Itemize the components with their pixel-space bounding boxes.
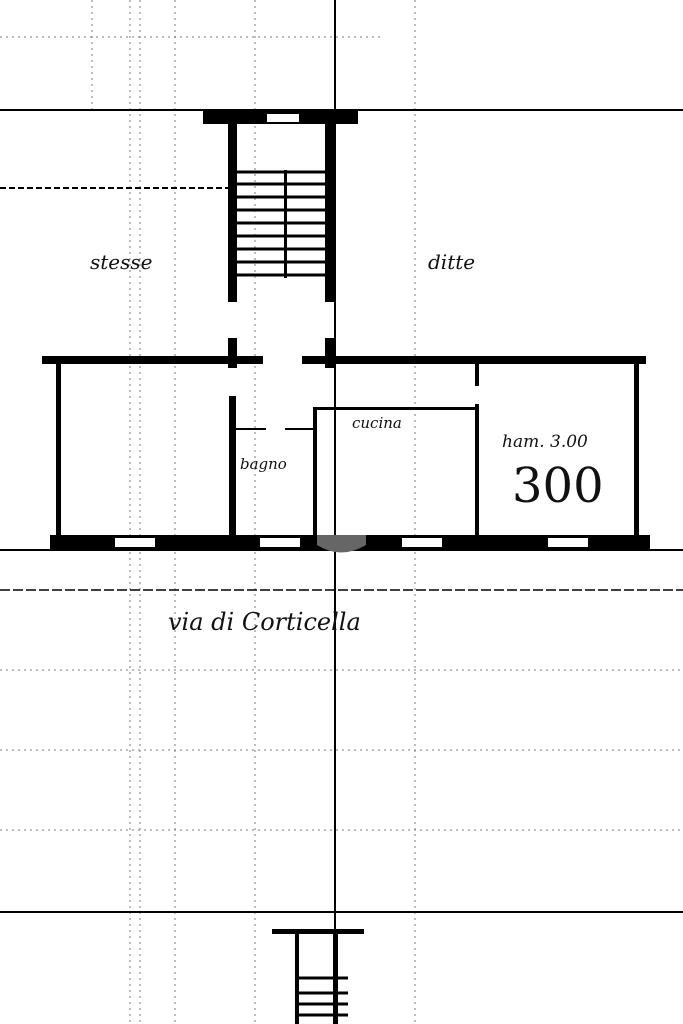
label-kitchen: cucina bbox=[352, 414, 402, 432]
stair-bottom bbox=[272, 929, 364, 1024]
label-right-area: ditte bbox=[428, 250, 475, 274]
label-height-note: ham. 3.00 bbox=[502, 432, 588, 452]
label-street: via di Corticella bbox=[168, 608, 361, 636]
floor-plan-canvas: stesse ditte bagno cucina ham. 3.00 300 … bbox=[0, 0, 683, 1024]
label-left-area: stesse bbox=[90, 250, 153, 274]
label-big-number: 300 bbox=[512, 458, 604, 514]
label-bathroom: bagno bbox=[240, 455, 287, 473]
